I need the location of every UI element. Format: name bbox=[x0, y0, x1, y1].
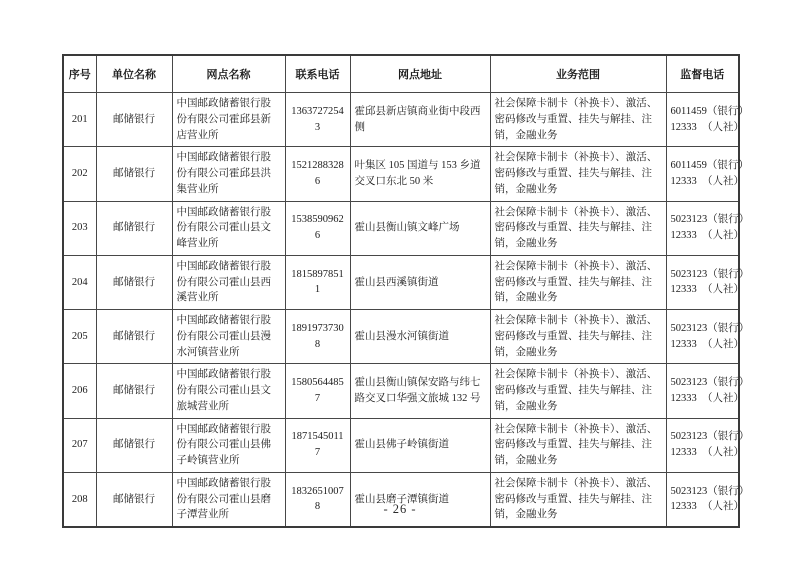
table-row: 202 邮储银行 中国邮政储蓄银行股份有限公司霍邱县洪集营业所 15212883… bbox=[63, 147, 739, 201]
cell-phone: 15805644857 bbox=[285, 364, 350, 418]
cell-address: 霍山县衡山镇文峰广场 bbox=[350, 201, 490, 255]
supervision-social-line: 12333 （人社） bbox=[671, 282, 735, 298]
supervision-social-line: 12333 （人社） bbox=[671, 337, 735, 353]
table-body: 201 邮储银行 中国邮政储蓄银行股份有限公司霍邱县新店营业所 13637272… bbox=[63, 93, 739, 528]
cell-phone: 18158978511 bbox=[285, 255, 350, 309]
cell-branch: 中国邮政储蓄银行股份有限公司霍山县文旅城营业所 bbox=[172, 364, 285, 418]
cell-address: 霍邱县新店镇商业街中段西侧 bbox=[350, 93, 490, 147]
cell-address: 叶集区 105 国道与 153 乡道交叉口东北 50 米 bbox=[350, 147, 490, 201]
column-header-unit: 单位名称 bbox=[96, 55, 172, 93]
cell-seq: 206 bbox=[63, 364, 96, 418]
cell-supervision: 5023123（银行） 12333 （人社） bbox=[666, 364, 739, 418]
supervision-bank-line: 5023123（银行） bbox=[671, 484, 735, 500]
cell-branch: 中国邮政储蓄银行股份有限公司霍山县西溪营业所 bbox=[172, 255, 285, 309]
supervision-social-line: 12333 （人社） bbox=[671, 120, 735, 136]
cell-supervision: 5023123（银行） 12333 （人社） bbox=[666, 472, 739, 527]
cell-unit: 邮储银行 bbox=[96, 472, 172, 527]
cell-phone: 15212883286 bbox=[285, 147, 350, 201]
cell-branch: 中国邮政储蓄银行股份有限公司霍邱县新店营业所 bbox=[172, 93, 285, 147]
supervision-bank-line: 6011459（银行） bbox=[671, 158, 735, 174]
column-header-supervision: 监督电话 bbox=[666, 55, 739, 93]
cell-seq: 205 bbox=[63, 310, 96, 364]
cell-branch: 中国邮政储蓄银行股份有限公司霍山县磨子潭营业所 bbox=[172, 472, 285, 527]
cell-branch: 中国邮政储蓄银行股份有限公司霍山县佛子岭镇营业所 bbox=[172, 418, 285, 472]
cell-phone: 18326510078 bbox=[285, 472, 350, 527]
cell-scope: 社会保障卡制卡（补换卡）、激活、密码修改与重置、挂失与解挂、注销，金融业务 bbox=[490, 364, 666, 418]
cell-branch: 中国邮政储蓄银行股份有限公司霍山县文峰营业所 bbox=[172, 201, 285, 255]
supervision-bank-line: 5023123（银行） bbox=[671, 375, 735, 391]
page-number: - 26 - bbox=[0, 502, 800, 517]
supervision-bank-line: 5023123（银行） bbox=[671, 429, 735, 445]
cell-address: 霍山县磨子潭镇街道 bbox=[350, 472, 490, 527]
supervision-social-line: 12333 （人社） bbox=[671, 391, 735, 407]
cell-phone: 18715450117 bbox=[285, 418, 350, 472]
cell-scope: 社会保障卡制卡（补换卡）、激活、密码修改与重置、挂失与解挂、注销，金融业务 bbox=[490, 472, 666, 527]
cell-seq: 208 bbox=[63, 472, 96, 527]
cell-unit: 邮储银行 bbox=[96, 364, 172, 418]
cell-unit: 邮储银行 bbox=[96, 310, 172, 364]
cell-supervision: 6011459（银行） 12333 （人社） bbox=[666, 93, 739, 147]
supervision-bank-line: 5023123（银行） bbox=[671, 267, 735, 283]
cell-phone: 13637272543 bbox=[285, 93, 350, 147]
cell-scope: 社会保障卡制卡（补换卡）、激活、密码修改与重置、挂失与解挂、注销，金融业务 bbox=[490, 255, 666, 309]
cell-unit: 邮储银行 bbox=[96, 418, 172, 472]
cell-address: 霍山县佛子岭镇街道 bbox=[350, 418, 490, 472]
cell-scope: 社会保障卡制卡（补换卡）、激活、密码修改与重置、挂失与解挂、注销，金融业务 bbox=[490, 310, 666, 364]
column-header-address: 网点地址 bbox=[350, 55, 490, 93]
supervision-bank-line: 5023123（银行） bbox=[671, 321, 735, 337]
cell-branch: 中国邮政储蓄银行股份有限公司霍山县漫水河镇营业所 bbox=[172, 310, 285, 364]
supervision-bank-line: 5023123（银行） bbox=[671, 212, 735, 228]
table-row: 207 邮储银行 中国邮政储蓄银行股份有限公司霍山县佛子岭镇营业所 187154… bbox=[63, 418, 739, 472]
branch-table: 序号 单位名称 网点名称 联系电话 网点地址 业务范围 监督电话 201 邮储银… bbox=[62, 54, 740, 528]
table-row: 205 邮储银行 中国邮政储蓄银行股份有限公司霍山县漫水河镇营业所 189197… bbox=[63, 310, 739, 364]
cell-unit: 邮储银行 bbox=[96, 201, 172, 255]
document-page: { "page": { "number_label": "- 26 -" }, … bbox=[0, 0, 800, 565]
cell-seq: 207 bbox=[63, 418, 96, 472]
table-row: 204 邮储银行 中国邮政储蓄银行股份有限公司霍山县西溪营业所 18158978… bbox=[63, 255, 739, 309]
supervision-social-line: 12333 （人社） bbox=[671, 445, 735, 461]
cell-phone: 15385909626 bbox=[285, 201, 350, 255]
cell-seq: 203 bbox=[63, 201, 96, 255]
cell-supervision: 5023123（银行） 12333 （人社） bbox=[666, 255, 739, 309]
table-row: 201 邮储银行 中国邮政储蓄银行股份有限公司霍邱县新店营业所 13637272… bbox=[63, 93, 739, 147]
table-row: 206 邮储银行 中国邮政储蓄银行股份有限公司霍山县文旅城营业所 1580564… bbox=[63, 364, 739, 418]
cell-scope: 社会保障卡制卡（补换卡）、激活、密码修改与重置、挂失与解挂、注销，金融业务 bbox=[490, 147, 666, 201]
cell-unit: 邮储银行 bbox=[96, 93, 172, 147]
cell-unit: 邮储银行 bbox=[96, 147, 172, 201]
supervision-bank-line: 6011459（银行） bbox=[671, 104, 735, 120]
cell-phone: 18919737308 bbox=[285, 310, 350, 364]
cell-scope: 社会保障卡制卡（补换卡）、激活、密码修改与重置、挂失与解挂、注销，金融业务 bbox=[490, 418, 666, 472]
supervision-social-line: 12333 （人社） bbox=[671, 228, 735, 244]
table-row: 203 邮储银行 中国邮政储蓄银行股份有限公司霍山县文峰营业所 15385909… bbox=[63, 201, 739, 255]
cell-seq: 204 bbox=[63, 255, 96, 309]
cell-unit: 邮储银行 bbox=[96, 255, 172, 309]
cell-address: 霍山县西溪镇街道 bbox=[350, 255, 490, 309]
supervision-social-line: 12333 （人社） bbox=[671, 174, 735, 190]
column-header-phone: 联系电话 bbox=[285, 55, 350, 93]
cell-scope: 社会保障卡制卡（补换卡）、激活、密码修改与重置、挂失与解挂、注销，金融业务 bbox=[490, 201, 666, 255]
cell-supervision: 5023123（银行） 12333 （人社） bbox=[666, 310, 739, 364]
column-header-scope: 业务范围 bbox=[490, 55, 666, 93]
cell-address: 霍山县衡山镇保安路与纬七路交叉口华强文旅城 132 号 bbox=[350, 364, 490, 418]
cell-seq: 201 bbox=[63, 93, 96, 147]
table-row: 208 邮储银行 中国邮政储蓄银行股份有限公司霍山县磨子潭营业所 1832651… bbox=[63, 472, 739, 527]
cell-seq: 202 bbox=[63, 147, 96, 201]
cell-supervision: 5023123（银行） 12333 （人社） bbox=[666, 418, 739, 472]
cell-supervision: 6011459（银行） 12333 （人社） bbox=[666, 147, 739, 201]
cell-address: 霍山县漫水河镇街道 bbox=[350, 310, 490, 364]
cell-scope: 社会保障卡制卡（补换卡）、激活、密码修改与重置、挂失与解挂、注销，金融业务 bbox=[490, 93, 666, 147]
table-header-row: 序号 单位名称 网点名称 联系电话 网点地址 业务范围 监督电话 bbox=[63, 55, 739, 93]
column-header-branch: 网点名称 bbox=[172, 55, 285, 93]
cell-branch: 中国邮政储蓄银行股份有限公司霍邱县洪集营业所 bbox=[172, 147, 285, 201]
column-header-seq: 序号 bbox=[63, 55, 96, 93]
cell-supervision: 5023123（银行） 12333 （人社） bbox=[666, 201, 739, 255]
